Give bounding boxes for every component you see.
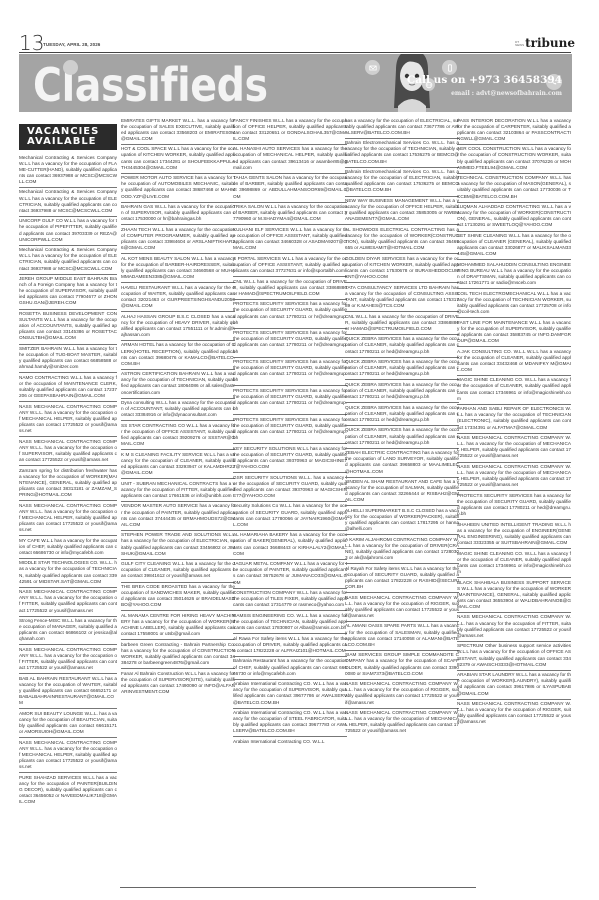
page-header: 13 TUESDAY, APRIL 28, 2026 DT NEWStribun… <box>19 34 579 52</box>
classified-ad: QUICK ZEBRA SERVICES has a vacancy for t… <box>345 403 459 426</box>
classified-ad: FAST LINE FOR MAINTENANCE W.L.L has a va… <box>457 318 571 347</box>
classified-ad: Al Rawa For Safety items W.L.L has a vac… <box>233 634 347 657</box>
classified-ad: Zamzam spring for distribution freshwate… <box>19 466 117 501</box>
ad-list: FANCY FINISHES W.L.L has a vacancy for t… <box>233 116 347 747</box>
classified-ad: ALHAJ HASSAN GROUP B.S.C CLOSED has a va… <box>121 312 235 341</box>
classified-ad: PASS INTERIOR DECORATION W.L.L has a vac… <box>457 116 571 145</box>
classified-ad: EMIRATES GIFTS MARKET W.L.L. has a vacan… <box>121 116 235 145</box>
classified-ad: MAGIC SHINE CLEANING CO. W.L.L has a vac… <box>457 376 571 405</box>
classified-ad: QUICK ZEBRA SERVICES has a vacancy for t… <box>345 426 459 449</box>
classified-ad: GSR SECURITY SOLUTIONS W.L.L. has a vaca… <box>233 473 347 502</box>
classified-ad: S PORTAL SERVICES W.L.L has a vacancy fo… <box>233 254 347 277</box>
ad-list: Mechanical Contracting & Services Compan… <box>19 153 117 807</box>
column-3: FANCY FINISHES W.L.L has a vacancy for t… <box>233 116 347 747</box>
column-5: PASS INTERIOR DECORATION W.L.L has a vac… <box>457 116 571 727</box>
logo-wordmark: tribune <box>525 36 575 50</box>
classified-ad: NASS MECHANICAL CONTRACTING COMPANY W.L.… <box>19 588 117 617</box>
classified-ad: Bahrain Electromechanical Services Co. W… <box>345 168 459 197</box>
issue-date: TUESDAY, APRIL 28, 2026 <box>43 42 100 47</box>
column-4: has a vacancy for the occupation of ELEC… <box>345 116 459 736</box>
classified-ad: THE BREA CODE BROASTED has a vacancy for… <box>121 583 235 612</box>
classified-ad: VENDOR MASTER AUTO SERVICE has a vacancy… <box>121 502 235 531</box>
classified-ad: MIDDLE STAR TECHNOLOGIES CO. W.L.L. has … <box>19 559 117 588</box>
classified-ad: NASS MECHANICAL CONTRACTING COMPANY W.L.… <box>345 709 459 737</box>
newspaper-logo: DT NEWStribune <box>515 36 575 50</box>
classified-ad: PROTECTS SECURITY SERVICES has a vacancy… <box>233 329 347 358</box>
classified-ad: NEW WAY BUSINESS MANAGEMENT W.L.L has a … <box>345 197 459 226</box>
classified-ad: SS STAR CONTRACTING CO W.L.L has a vacan… <box>121 421 235 450</box>
classified-ad: Mechanical Contracting & Services Compan… <box>19 188 117 217</box>
classified-ad: TAHJA GENTS SALON has a vacancy for the … <box>233 174 347 203</box>
classified-ad: ALHELLI SUPERMARKET B.S.C CLOSED has a v… <box>345 506 459 535</box>
classified-ad: Strong Fence-MISC W.L.L has a vacancy fo… <box>19 617 117 646</box>
classified-ad: NASS MECHANICAL CONTRACTING COMPANY W.L.… <box>19 501 117 536</box>
classified-ad: Mechanical Contracting & Services Compan… <box>19 153 117 188</box>
classified-ad: has a vacancy for the occupation of ELEC… <box>345 116 459 139</box>
contact-phone: Call us on +973 36458394 <box>407 74 562 86</box>
classified-ad: NAMO CONTRACTING W.L.L has a vacancy for… <box>19 373 117 402</box>
classified-ad: AL HANASHI AUTO SERVICES has a vacancy f… <box>233 145 347 174</box>
classified-ad: RAMSIS ENGINEERING CO. W.L.L has a vacan… <box>233 611 347 634</box>
envelope-icon <box>365 60 380 75</box>
classified-ad: NASS MECHANICAL CONTRACTING COMPANY W.L.… <box>457 700 571 728</box>
heading-line-2: AVAILABLE <box>27 137 117 147</box>
ad-list: PASS INTERIOR DECORATION W.L.L has a vac… <box>457 116 571 727</box>
page-number: 13 <box>19 34 44 52</box>
classified-ad: NASS MECHANICAL CONTRACTING COMPANY W.L.… <box>19 738 117 773</box>
classified-ad: PROTECTS SECURITY SERVICES has a vacancy… <box>233 386 347 415</box>
classified-ad: AL KOT MENS BEAUTY SALON W.L.L has a vac… <box>121 254 235 283</box>
mobile-icon <box>442 60 457 75</box>
classified-ad: SMITZER BAHRAIN W.L.L has a vacancy for … <box>19 345 117 374</box>
classified-ad: Fanar Al Bahrain Construction W.L.L has … <box>121 669 235 697</box>
classified-ad: PROTECTS SECURITY SERVICES has a vacancy… <box>233 415 347 444</box>
classified-ad: KEY SECURITY SOLUTIONS W.L.L has a vacan… <box>233 444 347 473</box>
classified-ad: ARABIAN STAR LAUNDRY W.L.L has a vacancy… <box>457 671 571 700</box>
classified-ad: NASS MECHANICAL CONTRACTING COMPANY W.L.… <box>457 613 571 642</box>
classified-ad: barbeen Green Contracting - Bahrain Part… <box>121 640 235 669</box>
classified-ad: BAB AL BAHRAIN RESTAURANT W.L.L has a va… <box>19 674 117 709</box>
classified-ad: POWER MOTOR AUTO SERVICE has a vacancy f… <box>121 174 235 203</box>
classified-ad: Bahrain Electromechanical Services Co. W… <box>345 139 459 168</box>
classified-ad: NASS MECHANICAL CONTRACTING COMPANY W.L.… <box>457 463 571 492</box>
column-1: VACANCIES AVAILABLE Mechanical Contracti… <box>19 124 117 807</box>
classified-ad: MOHAMMED SALAHUDDIN CONSULTING ENGINEERI… <box>457 260 571 289</box>
classified-ad: TRIKA SALON W.L.L has a vacancy for the … <box>233 203 347 226</box>
classified-ad: JAGUAR METAL COMPANY W.L.L has a vacancy… <box>233 560 347 589</box>
classified-ad: AL MANAMA CENTRE FOR HIRING HEAVY MACHIN… <box>121 611 235 640</box>
classified-ad: PROTECTS SECURITY SERVICES has a vacancy… <box>233 358 347 387</box>
classified-ad: TATA CONSULTANCY SERVICES LTD BAHRAIN ha… <box>345 283 459 312</box>
classified-ad: FANCY FINISHES W.L.L has a vacancy for t… <box>233 116 347 145</box>
classified-ad: AER COOL CONSTRUCTION W.L.L has a vacanc… <box>457 145 571 174</box>
envelope-icon <box>63 60 78 75</box>
classified-ad: JEREH GROUP MIDDLE EAST BAHRAIN Branch o… <box>19 275 117 310</box>
classified-ad: NASS MECHANICAL CONTRACTING COMPANY W.L.… <box>19 402 117 437</box>
classified-ad: Al Rayah For Safety items W.L.L has a va… <box>345 564 459 593</box>
classified-ad: Arabian International Contracting CO. W.… <box>233 680 347 709</box>
classified-ad: AL HAMARIAHA BAKERY has a vacancy for th… <box>233 531 347 560</box>
classified-ad: NASS MECHANICAL CONTRACTING COMPANY W.L.… <box>19 645 117 674</box>
classified-ad: AL SHOWIDOS ELECTRICAL CONTRACTING has a… <box>345 225 459 254</box>
classified-ad: COIL TECH ELECTROMECHANICAL W.L.L has a … <box>457 289 571 318</box>
classified-ad: A KARIM ALJAHROMI CONTRACTING COMPANY W.… <box>345 535 459 564</box>
classified-ad: AMOR SUI BEAUTY LOUNGE W.L.L. has a vaca… <box>19 709 117 738</box>
classified-ad: CONSTRUCTION COMPANY W.L.L has a vacancy… <box>233 589 347 612</box>
classified-ad: QUICK ZEBRA SERVICES has a vacancy for t… <box>345 358 459 381</box>
classified-ad: UNICORP GULF CO W.L.L has a vacancy for … <box>19 217 117 246</box>
classified-ad: Security Solutions Co W.L.L has a vacanc… <box>233 502 347 531</box>
classifieds-columns: VACANCIES AVAILABLE Mechanical Contracti… <box>19 116 575 886</box>
classified-ad: NASS MECHANICAL CONTRACTING COMPANY W.L.… <box>345 593 459 622</box>
classified-ad: QUICK ZEBRA SERVICES has a vacancy for t… <box>345 335 459 358</box>
classified-ad: NASS MECHANICAL CONTRACTING COMPANY W.L.… <box>457 434 571 463</box>
classified-ad: SET SHINE CLEANING W.L.L has a vacancy f… <box>457 232 571 261</box>
classified-ad: Arabian International Contracting CO. W.… <box>233 737 347 747</box>
classified-ad: HAVELI RESTAURANT W.L.L has a vacancy fo… <box>121 283 235 312</box>
classified-ad: SHAHEEN UNITED INTELLIGENT TRADING W.L.L… <box>457 520 571 549</box>
classified-ad: PROTECTS SECURITY SERVICES has a vacancy… <box>457 491 571 520</box>
ad-list: has a vacancy for the occupation of ELEC… <box>345 116 459 736</box>
classified-ad: Dyna consulting W.L.L has a vacancy for … <box>121 399 235 422</box>
classified-ad: KULHANI ELF SERVICES W.L.L has a vacancy… <box>233 225 347 254</box>
classified-ad: CNL W.L.L has a vacancy for the occupati… <box>233 277 347 300</box>
classified-ad: NASS MECHANICAL CONTRACTING COMPANY W.L.… <box>19 437 117 466</box>
classified-ad: ASTRON CERTIFICATION BAHRAIN W.L.L has a… <box>121 370 235 399</box>
classified-ad: Mechanical Contracting & Services Compan… <box>19 246 117 275</box>
classified-ad: Bahrania Restaurant has a vacancy for th… <box>233 657 347 680</box>
classified-ad: STEPHEN POWER TRADE AND SOLUTIONS W.L.L … <box>121 531 235 560</box>
classified-ad: K M S CLEANING FACILITY SERVICE W.L.L ha… <box>121 450 235 479</box>
classified-ad: ROSETTA BUSINESS DEVELOPMENT CONSULTANTS… <box>19 310 117 345</box>
classified-ad: LUQMAN ALHADDAD CONTRACTING W.L.L has a … <box>457 203 571 232</box>
classified-ad: ZEBAH ELECTRIC CONTRACTING has a vacancy… <box>345 449 459 478</box>
classified-ad: Arabian International Contracting CO. W.… <box>233 709 347 738</box>
classified-ad: ZHAAN TECH W.L.L has a vacancy for the o… <box>121 225 235 254</box>
classified-ad: SIAM SERVICES GROUP SIMPLE COMMANDITE CO… <box>345 651 459 680</box>
classified-ad: CNL W.L.L has a vacancy for the occupati… <box>345 312 459 335</box>
classified-ad: AL AMANI OASIS SPARE PARTS W.L.L has a v… <box>345 622 459 651</box>
classifieds-banner: Classifieds Call us on +973 36458394 ema… <box>19 54 572 112</box>
classified-ad: MAGIC SHINE CLEANING CO. W.L.L has a vac… <box>457 549 571 578</box>
classified-ad: FARHAN AND SABLI REPAIR OF ELECTRONICS W… <box>457 405 571 434</box>
column-2: EMIRATES GIFTS MARKET W.L.L. has a vacan… <box>121 116 235 697</box>
vacancies-heading: VACANCIES AVAILABLE <box>19 124 117 150</box>
logo-prefix: DT NEWS <box>515 41 525 47</box>
bottom-rule <box>120 887 476 888</box>
classified-ad: UNIT - SUBRAN MECHANICAL CONTRACTS has a… <box>121 479 235 502</box>
classified-ad: BAHRAIN GAS W.L.L has a vacancy for the … <box>121 203 235 226</box>
classified-ad: GULF CITY CLEANING W.L.L has a vacancy f… <box>121 560 235 583</box>
classified-ad: SINDEN AL SHAM RESTAURANT AND CAFE has a… <box>345 478 459 507</box>
classified-ad: A.JAK CONSULTING CO. W.L.L W.L.L has a v… <box>457 347 571 376</box>
classified-ad: MY CAFE W.L.L has a vacancy for the occu… <box>19 536 117 559</box>
ad-list: EMIRATES GIFTS MARKET W.L.L. has a vacan… <box>121 116 235 697</box>
classified-ad: QUICK ZEBRA SERVICES has a vacancy for t… <box>345 380 459 403</box>
classified-ad: TECHNICAL CONSTRUCTION COMPANY W.L.L has… <box>457 174 571 203</box>
classified-ad: SPECTRUM Other business support service … <box>457 642 571 671</box>
classified-ad: ARMAN HOTEL has a vacancy for the occupa… <box>121 341 235 370</box>
classified-ad: PURE SHAHZAD SERVICES W.L.L has a vacanc… <box>19 773 117 807</box>
classified-ad: NASS MECHANICAL CONTRACTING COMPANY W.L.… <box>345 680 459 709</box>
classified-ad: BLACK SHAHBALA BUSINESS SUPPORT SERVICES… <box>457 578 571 613</box>
header-rule <box>19 52 571 53</box>
classified-ad: HOT & COOL SPACE W.L.L has a vacancy for… <box>121 145 235 174</box>
classified-ad: PROTECTS SECURITY SERVICES has a vacancy… <box>233 300 347 329</box>
classified-ad: GOLDEN DIYAR SERVICES has a vacancy for … <box>345 254 459 283</box>
contact-email: email : advt@newsofbahrain.com <box>451 90 562 97</box>
